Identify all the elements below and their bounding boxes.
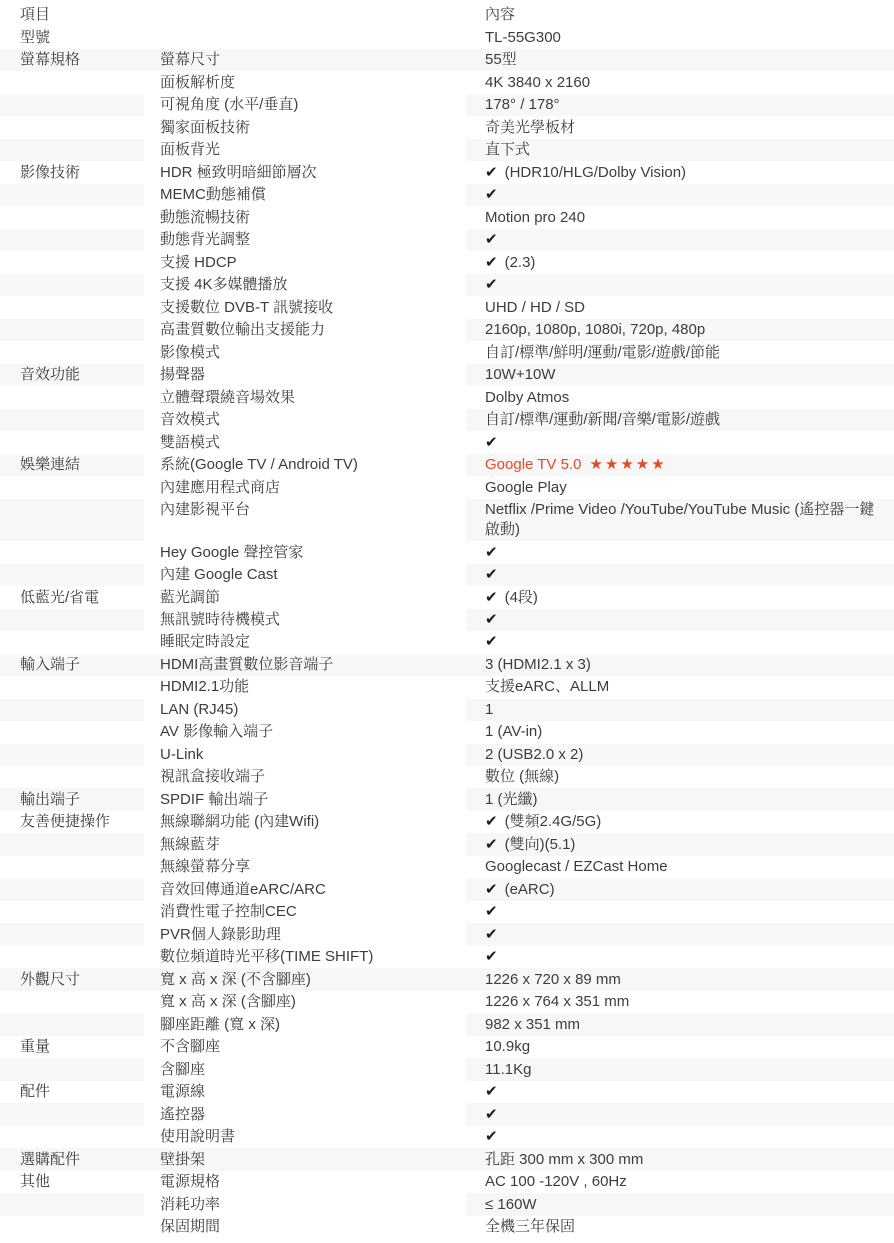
value-text: 1226 x 764 x 351 mm <box>485 993 629 1010</box>
value-cell: 內容 <box>466 4 894 26</box>
item-cell: SPDIF 輸出端子 <box>144 788 466 810</box>
check-icon: ✔ <box>485 881 498 898</box>
category-cell: 娛樂連結 <box>0 454 144 476</box>
check-icon: ✔ <box>485 1106 498 1123</box>
item-cell: 揚聲器 <box>144 364 466 386</box>
value-text: (HDR10/HLG/Dolby Vision) <box>505 164 686 181</box>
check-icon: ✔ <box>485 566 498 583</box>
value-text: 自訂/標準/鮮明/運動/電影/遊戲/節能 <box>485 344 720 361</box>
table-row: 數位頻道時光平移(TIME SHIFT)✔ <box>0 946 894 968</box>
category-cell: 輸入端子 <box>0 654 144 676</box>
check-icon: ✔ <box>485 1083 498 1100</box>
table-row: 保固期間全機三年保固 <box>0 1216 894 1238</box>
item-cell: 不含腳座 <box>144 1036 466 1058</box>
item-cell <box>144 4 466 26</box>
value-text: (雙頻2.4G/5G) <box>505 813 602 830</box>
category-cell <box>0 1126 144 1148</box>
value-cell: 1 (AV-in) <box>466 721 894 743</box>
category-cell <box>0 274 144 296</box>
value-cell: ✔ <box>466 564 894 586</box>
table-row: AV 影像輸入端子1 (AV-in) <box>0 721 894 743</box>
item-cell: 無線藍芽 <box>144 833 466 855</box>
value-text: 1 (AV-in) <box>485 723 542 740</box>
table-row: 消耗功率≤ 160W <box>0 1193 894 1215</box>
item-cell: 視訊盒接收端子 <box>144 766 466 788</box>
value-cell: Google TV 5.0★★★★★ <box>466 454 894 476</box>
value-text: Google TV 5.0 <box>485 456 581 473</box>
value-cell: ✔ <box>466 609 894 631</box>
item-cell: 系統(Google TV / Android TV) <box>144 454 466 476</box>
value-cell: 孔距 300 mm x 300 mm <box>466 1148 894 1170</box>
table-row: U-Link2 (USB2.0 x 2) <box>0 744 894 766</box>
value-cell: 自訂/標準/鮮明/運動/電影/遊戲/節能 <box>466 341 894 363</box>
value-text: 直下式 <box>485 141 530 158</box>
value-cell: ✔ <box>466 184 894 206</box>
check-icon: ✔ <box>485 164 498 181</box>
category-cell <box>0 676 144 698</box>
value-text: UHD / HD / SD <box>485 299 585 316</box>
check-icon: ✔ <box>485 231 498 248</box>
table-row: 腳座距離 (寬 x 深)982 x 351 mm <box>0 1013 894 1035</box>
item-cell: 電源規格 <box>144 1171 466 1193</box>
category-cell <box>0 319 144 341</box>
item-cell: 電源線 <box>144 1081 466 1103</box>
table-row: 無線藍芽✔(雙向)(5.1) <box>0 833 894 855</box>
item-cell: 內建應用程式商店 <box>144 476 466 498</box>
category-cell <box>0 206 144 228</box>
category-cell: 選購配件 <box>0 1148 144 1170</box>
category-cell: 重量 <box>0 1036 144 1058</box>
value-cell: 支援eARC、ALLM <box>466 676 894 698</box>
table-row: 友善便捷操作無線聯網功能 (內建Wifi)✔(雙頻2.4G/5G) <box>0 811 894 833</box>
value-cell: ✔ <box>466 923 894 945</box>
value-text: (eARC) <box>505 881 555 898</box>
table-row: 可視角度 (水平/垂直)178° / 178° <box>0 94 894 116</box>
category-cell <box>0 296 144 318</box>
value-cell: ✔(HDR10/HLG/Dolby Vision) <box>466 161 894 183</box>
item-cell: 寬 x 高 x 深 (不含腳座) <box>144 968 466 990</box>
table-row: 其他電源規格AC 100 -120V , 60Hz <box>0 1171 894 1193</box>
item-cell: 螢幕尺寸 <box>144 49 466 71</box>
value-text: 55型 <box>485 51 517 68</box>
item-cell: 音效模式 <box>144 409 466 431</box>
star-rating-icon: ★★★★★ <box>589 456 666 473</box>
item-cell: LAN (RJ45) <box>144 699 466 721</box>
item-cell: 使用說明書 <box>144 1126 466 1148</box>
value-text: 數位 (無線) <box>485 768 559 785</box>
item-cell: 支援數位 DVB-T 訊號接收 <box>144 296 466 318</box>
category-cell: 輸出端子 <box>0 788 144 810</box>
value-cell: ✔ <box>466 1081 894 1103</box>
category-cell <box>0 744 144 766</box>
item-cell: HDR 極致明暗細節層次 <box>144 161 466 183</box>
table-header-row: 項目內容 <box>0 4 894 26</box>
check-icon: ✔ <box>485 813 498 830</box>
value-text: 178° / 178° <box>485 96 560 113</box>
value-cell: ✔ <box>466 229 894 251</box>
item-cell: 內建影視平台 <box>144 499 466 541</box>
value-text: Google Play <box>485 479 567 496</box>
item-cell: HDMI2.1功能 <box>144 676 466 698</box>
category-cell <box>0 386 144 408</box>
category-cell <box>0 94 144 116</box>
category-cell: 友善便捷操作 <box>0 811 144 833</box>
category-cell <box>0 116 144 138</box>
category-cell: 型號 <box>0 26 144 48</box>
item-cell: 動態背光調整 <box>144 229 466 251</box>
category-cell: 其他 <box>0 1171 144 1193</box>
value-cell: 10W+10W <box>466 364 894 386</box>
value-cell: ✔(雙向)(5.1) <box>466 833 894 855</box>
item-cell: MEMC動態補償 <box>144 184 466 206</box>
category-cell <box>0 71 144 93</box>
table-row: 低藍光/省電藍光調節✔(4段) <box>0 586 894 608</box>
category-cell <box>0 251 144 273</box>
item-cell: 雙語模式 <box>144 431 466 453</box>
value-cell: 178° / 178° <box>466 94 894 116</box>
spec-table: 項目內容型號TL-55G300螢幕規格螢幕尺寸55型面板解析度4K 3840 x… <box>0 0 894 1238</box>
value-cell: 4K 3840 x 2160 <box>466 71 894 93</box>
category-cell <box>0 609 144 631</box>
value-cell: ✔ <box>466 1103 894 1125</box>
value-text: 982 x 351 mm <box>485 1016 580 1033</box>
value-cell: UHD / HD / SD <box>466 296 894 318</box>
value-cell: 全機三年保固 <box>466 1216 894 1238</box>
category-cell <box>0 631 144 653</box>
value-cell: 55型 <box>466 49 894 71</box>
item-cell: Hey Google 聲控管家 <box>144 541 466 563</box>
category-cell: 螢幕規格 <box>0 49 144 71</box>
table-row: 音效功能揚聲器10W+10W <box>0 364 894 386</box>
item-cell: 消耗功率 <box>144 1193 466 1215</box>
value-cell: ✔ <box>466 431 894 453</box>
item-cell: 數位頻道時光平移(TIME SHIFT) <box>144 946 466 968</box>
value-cell: 11.1Kg <box>466 1058 894 1080</box>
value-cell: ✔ <box>466 1126 894 1148</box>
value-cell: 2160p, 1080p, 1080i, 720p, 480p <box>466 319 894 341</box>
category-cell <box>0 901 144 923</box>
category-cell <box>0 476 144 498</box>
value-text: 支援eARC、ALLM <box>485 678 609 695</box>
table-row: 動態背光調整✔ <box>0 229 894 251</box>
value-text: Motion pro 240 <box>485 209 585 226</box>
value-text: TL-55G300 <box>485 29 561 46</box>
category-cell: 項目 <box>0 4 144 26</box>
table-row: 高畫質數位輸出支援能力2160p, 1080p, 1080i, 720p, 48… <box>0 319 894 341</box>
check-icon: ✔ <box>485 544 498 561</box>
category-cell <box>0 1193 144 1215</box>
table-row: LAN (RJ45)1 <box>0 699 894 721</box>
category-cell <box>0 878 144 900</box>
table-row: Hey Google 聲控管家✔ <box>0 541 894 563</box>
table-row: 獨家面板技術奇美光學板材 <box>0 116 894 138</box>
item-cell: 動態流暢技術 <box>144 206 466 228</box>
value-text: 奇美光學板材 <box>485 119 575 136</box>
value-text: AC 100 -120V , 60Hz <box>485 1173 627 1190</box>
category-cell <box>0 1216 144 1238</box>
table-row: MEMC動態補償✔ <box>0 184 894 206</box>
value-text: 1 (光纖) <box>485 791 538 808</box>
item-cell: 壁掛架 <box>144 1148 466 1170</box>
category-cell <box>0 991 144 1013</box>
value-cell: 10.9kg <box>466 1036 894 1058</box>
item-cell: 立體聲環繞音場效果 <box>144 386 466 408</box>
table-row: 螢幕規格螢幕尺寸55型 <box>0 49 894 71</box>
category-cell <box>0 1103 144 1125</box>
item-cell: 保固期間 <box>144 1216 466 1238</box>
table-row: 支援數位 DVB-T 訊號接收UHD / HD / SD <box>0 296 894 318</box>
check-icon: ✔ <box>485 254 498 271</box>
table-row: 外觀尺寸寬 x 高 x 深 (不含腳座)1226 x 720 x 89 mm <box>0 968 894 990</box>
item-cell: 消費性電子控制CEC <box>144 901 466 923</box>
table-row: 內建影視平台Netflix /Prime Video /YouTube/YouT… <box>0 499 894 541</box>
value-cell: ✔(雙頻2.4G/5G) <box>466 811 894 833</box>
value-cell: 1226 x 720 x 89 mm <box>466 968 894 990</box>
table-row: 雙語模式✔ <box>0 431 894 453</box>
category-cell <box>0 766 144 788</box>
check-icon: ✔ <box>485 434 498 451</box>
value-cell: ✔ <box>466 901 894 923</box>
table-row: 消費性電子控制CEC✔ <box>0 901 894 923</box>
value-cell: AC 100 -120V , 60Hz <box>466 1171 894 1193</box>
value-cell: 3 (HDMI2.1 x 3) <box>466 654 894 676</box>
category-cell <box>0 431 144 453</box>
table-row: 選購配件壁掛架孔距 300 mm x 300 mm <box>0 1148 894 1170</box>
category-cell <box>0 946 144 968</box>
table-row: 音效回傳通道eARC/ARC✔(eARC) <box>0 878 894 900</box>
table-row: 立體聲環繞音場效果Dolby Atmos <box>0 386 894 408</box>
value-text: Netflix /Prime Video /YouTube/YouTube Mu… <box>485 501 874 538</box>
value-cell: 2 (USB2.0 x 2) <box>466 744 894 766</box>
item-cell: 支援 4K多媒體播放 <box>144 274 466 296</box>
check-icon: ✔ <box>485 948 498 965</box>
item-cell: 遙控器 <box>144 1103 466 1125</box>
value-text: 4K 3840 x 2160 <box>485 74 590 91</box>
table-row: 內建 Google Cast✔ <box>0 564 894 586</box>
value-cell: ≤ 160W <box>466 1193 894 1215</box>
table-row: 支援 4K多媒體播放✔ <box>0 274 894 296</box>
value-cell: 數位 (無線) <box>466 766 894 788</box>
item-cell: U-Link <box>144 744 466 766</box>
item-cell: 內建 Google Cast <box>144 564 466 586</box>
item-cell: AV 影像輸入端子 <box>144 721 466 743</box>
spec-table-body: 項目內容型號TL-55G300螢幕規格螢幕尺寸55型面板解析度4K 3840 x… <box>0 4 894 1238</box>
value-text: ≤ 160W <box>485 1196 537 1213</box>
category-cell <box>0 856 144 878</box>
category-cell: 影像技術 <box>0 161 144 183</box>
table-row: 影像技術HDR 極致明暗細節層次✔(HDR10/HLG/Dolby Vision… <box>0 161 894 183</box>
value-text: Googlecast / EZCast Home <box>485 858 668 875</box>
value-cell: 982 x 351 mm <box>466 1013 894 1035</box>
value-text: 1 <box>485 701 493 718</box>
category-cell <box>0 541 144 563</box>
item-cell: 面板解析度 <box>144 71 466 93</box>
value-cell: ✔(eARC) <box>466 878 894 900</box>
category-cell <box>0 139 144 161</box>
value-text: 3 (HDMI2.1 x 3) <box>485 656 591 673</box>
value-cell: 自訂/標準/運動/新聞/音樂/電影/遊戲 <box>466 409 894 431</box>
category-cell <box>0 184 144 206</box>
value-cell: Dolby Atmos <box>466 386 894 408</box>
table-row: 配件電源線✔ <box>0 1081 894 1103</box>
value-cell: ✔ <box>466 631 894 653</box>
value-cell: 奇美光學板材 <box>466 116 894 138</box>
item-cell: HDMI高畫質數位影音端子 <box>144 654 466 676</box>
item-cell: 含腳座 <box>144 1058 466 1080</box>
table-row: HDMI2.1功能支援eARC、ALLM <box>0 676 894 698</box>
category-cell: 音效功能 <box>0 364 144 386</box>
check-icon: ✔ <box>485 633 498 650</box>
value-cell: Motion pro 240 <box>466 206 894 228</box>
table-row: 視訊盒接收端子數位 (無線) <box>0 766 894 788</box>
category-cell <box>0 341 144 363</box>
value-cell: ✔ <box>466 541 894 563</box>
value-text: 10W+10W <box>485 366 555 383</box>
item-cell: 無線螢幕分享 <box>144 856 466 878</box>
value-text: 11.1Kg <box>485 1061 531 1078</box>
value-cell: ✔ <box>466 274 894 296</box>
value-cell: 1226 x 764 x 351 mm <box>466 991 894 1013</box>
table-row: 面板背光直下式 <box>0 139 894 161</box>
table-row: 輸出端子SPDIF 輸出端子1 (光纖) <box>0 788 894 810</box>
table-row: 支援 HDCP✔(2.3) <box>0 251 894 273</box>
category-cell: 低藍光/省電 <box>0 586 144 608</box>
table-row: 音效模式自訂/標準/運動/新聞/音樂/電影/遊戲 <box>0 409 894 431</box>
item-cell: 可視角度 (水平/垂直) <box>144 94 466 116</box>
value-cell: 直下式 <box>466 139 894 161</box>
value-cell: 1 <box>466 699 894 721</box>
table-row: 影像模式自訂/標準/鮮明/運動/電影/遊戲/節能 <box>0 341 894 363</box>
category-cell: 外觀尺寸 <box>0 968 144 990</box>
value-text: 全機三年保固 <box>485 1218 575 1235</box>
value-text: (4段) <box>505 589 538 606</box>
category-cell <box>0 721 144 743</box>
table-row: 型號TL-55G300 <box>0 26 894 48</box>
value-cell: 1 (光纖) <box>466 788 894 810</box>
table-row: 動態流暢技術Motion pro 240 <box>0 206 894 228</box>
table-row: 含腳座11.1Kg <box>0 1058 894 1080</box>
check-icon: ✔ <box>485 186 498 203</box>
table-row: 面板解析度4K 3840 x 2160 <box>0 71 894 93</box>
item-cell: 睡眠定時設定 <box>144 631 466 653</box>
item-cell: 無線聯網功能 (內建Wifi) <box>144 811 466 833</box>
value-text: (2.3) <box>505 254 536 271</box>
value-cell: ✔ <box>466 946 894 968</box>
value-text: 2160p, 1080p, 1080i, 720p, 480p <box>485 321 705 338</box>
item-cell: 音效回傳通道eARC/ARC <box>144 878 466 900</box>
table-row: 寬 x 高 x 深 (含腳座)1226 x 764 x 351 mm <box>0 991 894 1013</box>
value-cell: Netflix /Prime Video /YouTube/YouTube Mu… <box>466 499 894 541</box>
category-cell <box>0 229 144 251</box>
category-cell <box>0 1058 144 1080</box>
table-row: 無訊號時待機模式✔ <box>0 609 894 631</box>
item-cell: 腳座距離 (寬 x 深) <box>144 1013 466 1035</box>
table-row: 使用說明書✔ <box>0 1126 894 1148</box>
value-text: 10.9kg <box>485 1038 530 1055</box>
table-row: 輸入端子HDMI高畫質數位影音端子3 (HDMI2.1 x 3) <box>0 654 894 676</box>
check-icon: ✔ <box>485 276 498 293</box>
category-cell <box>0 564 144 586</box>
check-icon: ✔ <box>485 1128 498 1145</box>
category-cell <box>0 409 144 431</box>
value-text: Dolby Atmos <box>485 389 569 406</box>
item-cell: 藍光調節 <box>144 586 466 608</box>
value-cell: Googlecast / EZCast Home <box>466 856 894 878</box>
value-text: 自訂/標準/運動/新聞/音樂/電影/遊戲 <box>485 411 720 428</box>
item-cell: PVR個人錄影助理 <box>144 923 466 945</box>
item-cell: 面板背光 <box>144 139 466 161</box>
category-cell: 配件 <box>0 1081 144 1103</box>
check-icon: ✔ <box>485 611 498 628</box>
value-cell: ✔(4段) <box>466 586 894 608</box>
item-cell: 高畫質數位輸出支援能力 <box>144 319 466 341</box>
table-row: 重量不含腳座10.9kg <box>0 1036 894 1058</box>
value-text: 1226 x 720 x 89 mm <box>485 971 621 988</box>
item-cell: 寬 x 高 x 深 (含腳座) <box>144 991 466 1013</box>
item-cell: 支援 HDCP <box>144 251 466 273</box>
item-cell: 獨家面板技術 <box>144 116 466 138</box>
category-cell <box>0 923 144 945</box>
value-cell: ✔(2.3) <box>466 251 894 273</box>
check-icon: ✔ <box>485 836 498 853</box>
check-icon: ✔ <box>485 926 498 943</box>
value-cell: Google Play <box>466 476 894 498</box>
item-cell: 影像模式 <box>144 341 466 363</box>
table-row: 無線螢幕分享Googlecast / EZCast Home <box>0 856 894 878</box>
category-cell <box>0 499 144 541</box>
value-text: 內容 <box>485 6 515 23</box>
item-cell <box>144 26 466 48</box>
value-text: 孔距 300 mm x 300 mm <box>485 1151 643 1168</box>
table-row: 遙控器✔ <box>0 1103 894 1125</box>
item-cell: 無訊號時待機模式 <box>144 609 466 631</box>
check-icon: ✔ <box>485 903 498 920</box>
value-cell: TL-55G300 <box>466 26 894 48</box>
table-row: PVR個人錄影助理✔ <box>0 923 894 945</box>
table-row: 娛樂連結系統(Google TV / Android TV)Google TV … <box>0 454 894 476</box>
category-cell <box>0 833 144 855</box>
check-icon: ✔ <box>485 589 498 606</box>
value-text: (雙向)(5.1) <box>505 836 576 853</box>
value-text: 2 (USB2.0 x 2) <box>485 746 583 763</box>
table-row: 睡眠定時設定✔ <box>0 631 894 653</box>
table-row: 內建應用程式商店Google Play <box>0 476 894 498</box>
category-cell <box>0 1013 144 1035</box>
category-cell <box>0 699 144 721</box>
